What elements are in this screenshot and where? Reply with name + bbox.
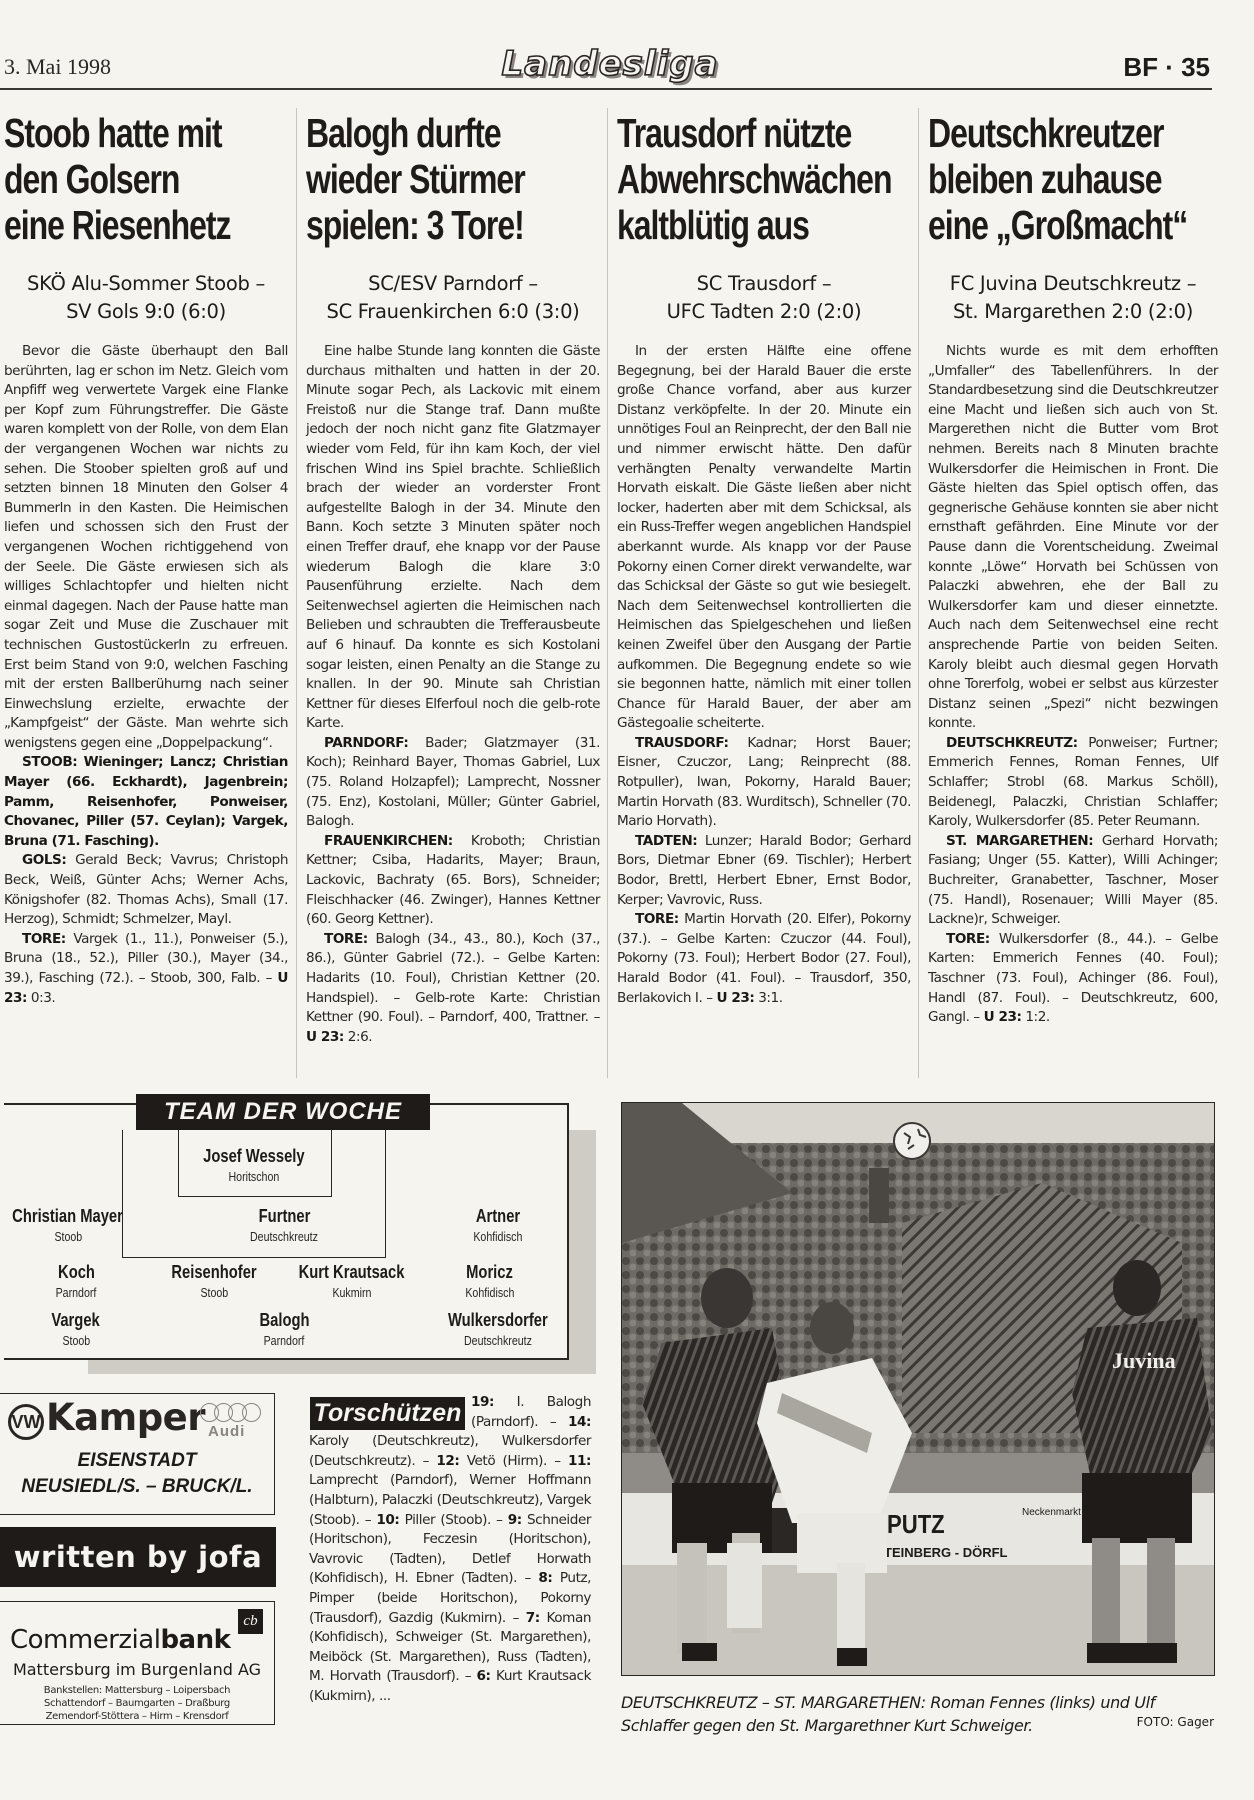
u23-label: U 23: bbox=[984, 1009, 1022, 1025]
header-rule bbox=[0, 88, 1212, 90]
u23-label: U 23: bbox=[306, 1029, 344, 1045]
column-divider bbox=[296, 108, 297, 1078]
lineup-team: TRAUSDORF: bbox=[635, 735, 728, 751]
team-player: Josef WesselyHoritschon bbox=[174, 1146, 334, 1185]
u23-score: 1:2. bbox=[1025, 1009, 1049, 1025]
goals-label: TORE: bbox=[635, 911, 679, 927]
photo-credit: FOTO: Gager bbox=[1137, 1715, 1214, 1729]
goals-label: TORE: bbox=[22, 931, 66, 947]
vw-logo-icon: VW bbox=[8, 1404, 44, 1440]
player-name: Christian Mayer bbox=[13, 1206, 124, 1226]
ad-written-by-jofa: written by jofa bbox=[0, 1527, 276, 1587]
match-line: SC Trausdorf – bbox=[617, 270, 911, 298]
kamper-brand: Kamper bbox=[46, 1396, 205, 1439]
goal-count: 7: bbox=[526, 1610, 540, 1626]
bank-branch-line: Bankstellen: Mattersburg – Loipersbach bbox=[0, 1684, 274, 1697]
player-name: Koch bbox=[58, 1262, 95, 1282]
headline-line: den Golsern bbox=[4, 156, 316, 202]
player-club: Kohfidisch bbox=[465, 1285, 514, 1301]
lineup-team: PARNDORF: bbox=[324, 735, 408, 751]
match-line: St. Margarethen 2:0 (2:0) bbox=[928, 298, 1218, 326]
bank-name-bold: bank bbox=[160, 1625, 230, 1655]
player-club: Parndorf bbox=[264, 1333, 305, 1349]
torschuetzen-list: 19: I. Balogh (Parndorf). – 14: Karoly (… bbox=[309, 1393, 591, 1707]
match-line: SC Frauenkirchen 6:0 (3:0) bbox=[306, 298, 600, 326]
u23-score: 0:3. bbox=[31, 990, 55, 1006]
goal-count: 11: bbox=[568, 1453, 591, 1469]
lineup-team: TADTEN: bbox=[635, 833, 697, 849]
team-player: Christian MayerStoob bbox=[0, 1206, 148, 1245]
goals-line: TORE: Balogh (34., 43., 80.), Koch (37.,… bbox=[306, 930, 600, 1048]
match-line: FC Juvina Deutschkreutz – bbox=[928, 270, 1218, 298]
headline-line: kaltblütig aus bbox=[617, 202, 929, 248]
article-body: In der ersten Hälfte eine offene Begegnu… bbox=[617, 342, 911, 1008]
lineup: FRAUENKIRCHEN: Kroboth; Christian Kettne… bbox=[306, 832, 600, 930]
scorers: Vetö (Hirm). – bbox=[459, 1453, 560, 1469]
player-club: Stoob bbox=[62, 1333, 90, 1349]
headline-line: Trausdorf nützte bbox=[617, 110, 929, 156]
article-text: Eine halbe Stunde lang konnten die Gäste… bbox=[306, 342, 600, 734]
player-name: Moricz bbox=[467, 1262, 514, 1282]
jersey-text: Juvina bbox=[1112, 1348, 1176, 1373]
headline-line: Abwehrschwächen bbox=[617, 156, 929, 202]
lineup: TADTEN: Lunzer; Harald Bodor; Gerhard Bo… bbox=[617, 832, 911, 910]
lineup: DEUTSCHKREUTZ: Ponweiser; Furtner; Emmer… bbox=[928, 734, 1218, 832]
player-club: Kukmirn bbox=[333, 1285, 372, 1301]
match-line: SC/ESV Parndorf – bbox=[306, 270, 600, 298]
issue-date: 3. Mai 1998 bbox=[4, 54, 111, 80]
player-name: Wulkersdorfer bbox=[448, 1310, 548, 1330]
bank-branch-line: Zemendorf-Stöttera – Hirm – Krensdorf bbox=[0, 1710, 274, 1723]
article-headline: Trausdorf nützteAbwehrschwächenkaltblüti… bbox=[617, 110, 929, 248]
bank-logo-icon: cb bbox=[238, 1609, 263, 1634]
team-player: WulkersdorferDeutschkreutz bbox=[418, 1310, 578, 1349]
player-name: Balogh bbox=[259, 1310, 309, 1330]
team-player: MoriczKohfidisch bbox=[410, 1262, 570, 1301]
lineup-team: GOLS: bbox=[22, 852, 66, 868]
goal-count: 12: bbox=[436, 1453, 459, 1469]
player-name: Josef Wessely bbox=[203, 1146, 304, 1166]
article-body: Eine halbe Stunde lang konnten die Gäste… bbox=[306, 342, 600, 1047]
lineup-team: STOOB: bbox=[22, 754, 77, 770]
player-club: Stoob bbox=[200, 1285, 228, 1301]
section-title: Landesliga bbox=[500, 44, 720, 84]
team-player: VargekStoob bbox=[0, 1310, 156, 1349]
team-player: ReisenhoferStoob bbox=[134, 1262, 294, 1301]
column-divider bbox=[607, 108, 608, 1078]
match-result: SC/ESV Parndorf –SC Frauenkirchen 6:0 (3… bbox=[306, 270, 600, 326]
goal-count: 6: bbox=[477, 1668, 491, 1684]
banner-sub-text: TEINBERG - DÖRFL bbox=[884, 1545, 1008, 1560]
bank-branches: Bankstellen: Mattersburg – Loipersbach S… bbox=[0, 1684, 274, 1723]
player-club: Parndorf bbox=[56, 1285, 97, 1301]
bank-subtitle: Mattersburg im Burgenland AG bbox=[0, 1660, 274, 1679]
article-text: Bevor die Gäste überhaupt den Ball berüh… bbox=[4, 342, 288, 753]
goal-count: 14: bbox=[568, 1414, 591, 1430]
headline-line: Balogh durfte bbox=[306, 110, 618, 156]
page-number: BF · 35 bbox=[1123, 52, 1210, 83]
goals-label: TORE: bbox=[946, 931, 990, 947]
kamper-location-2: NEUSIEDL/S. – BRUCK/L. bbox=[0, 1476, 274, 1498]
match-line: SKÖ Alu-Sommer Stoob – bbox=[4, 270, 288, 298]
lineup: GOLS: Gerald Beck; Vavrus; Christoph Bec… bbox=[4, 851, 288, 929]
match-line: SV Gols 9:0 (6:0) bbox=[4, 298, 288, 326]
u23-label: U 23: bbox=[716, 990, 754, 1006]
team-player: ArtnerKohfidisch bbox=[418, 1206, 578, 1245]
audi-label: Audi bbox=[208, 1423, 245, 1440]
player-club: Horitschon bbox=[229, 1169, 280, 1185]
player-name: Vargek bbox=[52, 1310, 100, 1330]
scorers: Piller (Stoob). – bbox=[399, 1512, 502, 1528]
headline-line: wieder Stürmer bbox=[306, 156, 618, 202]
match-result: SC Trausdorf –UFC Tadten 2:0 (2:0) bbox=[617, 270, 911, 326]
player-name: Reisenhofer bbox=[171, 1262, 256, 1282]
headline-line: eine Riesenhetz bbox=[4, 202, 316, 248]
lineup: ST. MARGARETHEN: Gerhard Horvath; Fasian… bbox=[928, 832, 1218, 930]
player-name: Artner bbox=[476, 1206, 520, 1226]
u23-score: 3:1. bbox=[758, 990, 782, 1006]
headline-line: bleiben zuhause bbox=[928, 156, 1240, 202]
kamper-location-1: EISENSTADT bbox=[0, 1450, 274, 1472]
player-club: Deutschkreutz bbox=[250, 1229, 318, 1245]
article-headline: Deutschkreutzerbleiben zuhauseeine „Groß… bbox=[928, 110, 1240, 248]
goal-count: 9: bbox=[508, 1512, 522, 1528]
bank-name: Commerzialbank bbox=[10, 1625, 230, 1655]
bank-name-light: Commerzial bbox=[10, 1625, 160, 1655]
match-result: FC Juvina Deutschkreutz –St. Margarethen… bbox=[928, 270, 1218, 326]
lineup: PARNDORF: Bader; Glatzmayer (31. Koch); … bbox=[306, 734, 600, 832]
article-headline: Stoob hatte mitden Golserneine Riesenhet… bbox=[4, 110, 316, 248]
team-player: Kurt KrautsackKukmirn bbox=[272, 1262, 432, 1301]
headline-line: Stoob hatte mit bbox=[4, 110, 316, 156]
player-club: Kohfidisch bbox=[473, 1229, 522, 1245]
match-photo: MÖBELPUTZ TEINBERG - DÖRFL Neckenmarkt 0… bbox=[621, 1102, 1215, 1676]
lineup: STOOB: Wieninger; Lancz; Christian Mayer… bbox=[4, 753, 288, 851]
article-text: Nichts wurde es mit dem erhofften „Umfal… bbox=[928, 342, 1218, 734]
column-divider bbox=[918, 108, 919, 1078]
goals-label: TORE: bbox=[324, 931, 368, 947]
u23-score: 2:6. bbox=[348, 1029, 372, 1045]
article-body: Nichts wurde es mit dem erhofften „Umfal… bbox=[928, 342, 1218, 1028]
match-line: UFC Tadten 2:0 (2:0) bbox=[617, 298, 911, 326]
football-photo-image: MÖBELPUTZ TEINBERG - DÖRFL Neckenmarkt 0… bbox=[622, 1103, 1214, 1675]
goals-line: TORE: Wulkersdorfer (8., 44.). – Gelbe K… bbox=[928, 930, 1218, 1028]
goal-count: 10: bbox=[376, 1512, 399, 1528]
team-der-woche-title: TEAM DER WOCHE bbox=[136, 1094, 430, 1130]
lineup-team: DEUTSCHKREUTZ: bbox=[946, 735, 1078, 751]
goal-count: 8: bbox=[538, 1570, 552, 1586]
photo-caption: DEUTSCHKREUTZ – ST. MARGARETHEN: Roman F… bbox=[621, 1691, 1215, 1737]
headline-line: Deutschkreutzer bbox=[928, 110, 1240, 156]
team-player: FurtnerDeutschkreutz bbox=[204, 1206, 364, 1245]
player-name: Furtner bbox=[258, 1206, 310, 1226]
article-body: Bevor die Gäste überhaupt den Ball berüh… bbox=[4, 342, 288, 1008]
goals-line: TORE: Vargek (1., 11.), Ponweiser (5.), … bbox=[4, 930, 288, 1008]
article-text: In der ersten Hälfte eine offene Begegnu… bbox=[617, 342, 911, 734]
lineup: TRAUSDORF: Kadnar; Horst Bauer; Eisner, … bbox=[617, 734, 911, 832]
player-club: Stoob bbox=[54, 1229, 82, 1245]
team-player: KochParndorf bbox=[0, 1262, 156, 1301]
team-player: BaloghParndorf bbox=[204, 1310, 364, 1349]
article-headline: Balogh durftewieder Stürmerspielen: 3 To… bbox=[306, 110, 618, 248]
player-name: Kurt Krautsack bbox=[299, 1262, 405, 1282]
bank-branch-line: Schattendorf – Baumgarten – Draßburg bbox=[0, 1697, 274, 1710]
goal-count: 19: bbox=[471, 1394, 494, 1410]
goals-line: TORE: Martin Horvath (20. Elfer), Pokorn… bbox=[617, 910, 911, 1008]
audi-rings-icon bbox=[200, 1403, 266, 1421]
headline-line: spielen: 3 Tore! bbox=[306, 202, 618, 248]
player-club: Deutschkreutz bbox=[464, 1333, 532, 1349]
match-result: SKÖ Alu-Sommer Stoob –SV Gols 9:0 (6:0) bbox=[4, 270, 288, 326]
headline-line: eine „Großmacht“ bbox=[928, 202, 1240, 248]
lineup-team: ST. MARGARETHEN: bbox=[946, 833, 1093, 849]
lineup-team: FRAUENKIRCHEN: bbox=[324, 833, 453, 849]
